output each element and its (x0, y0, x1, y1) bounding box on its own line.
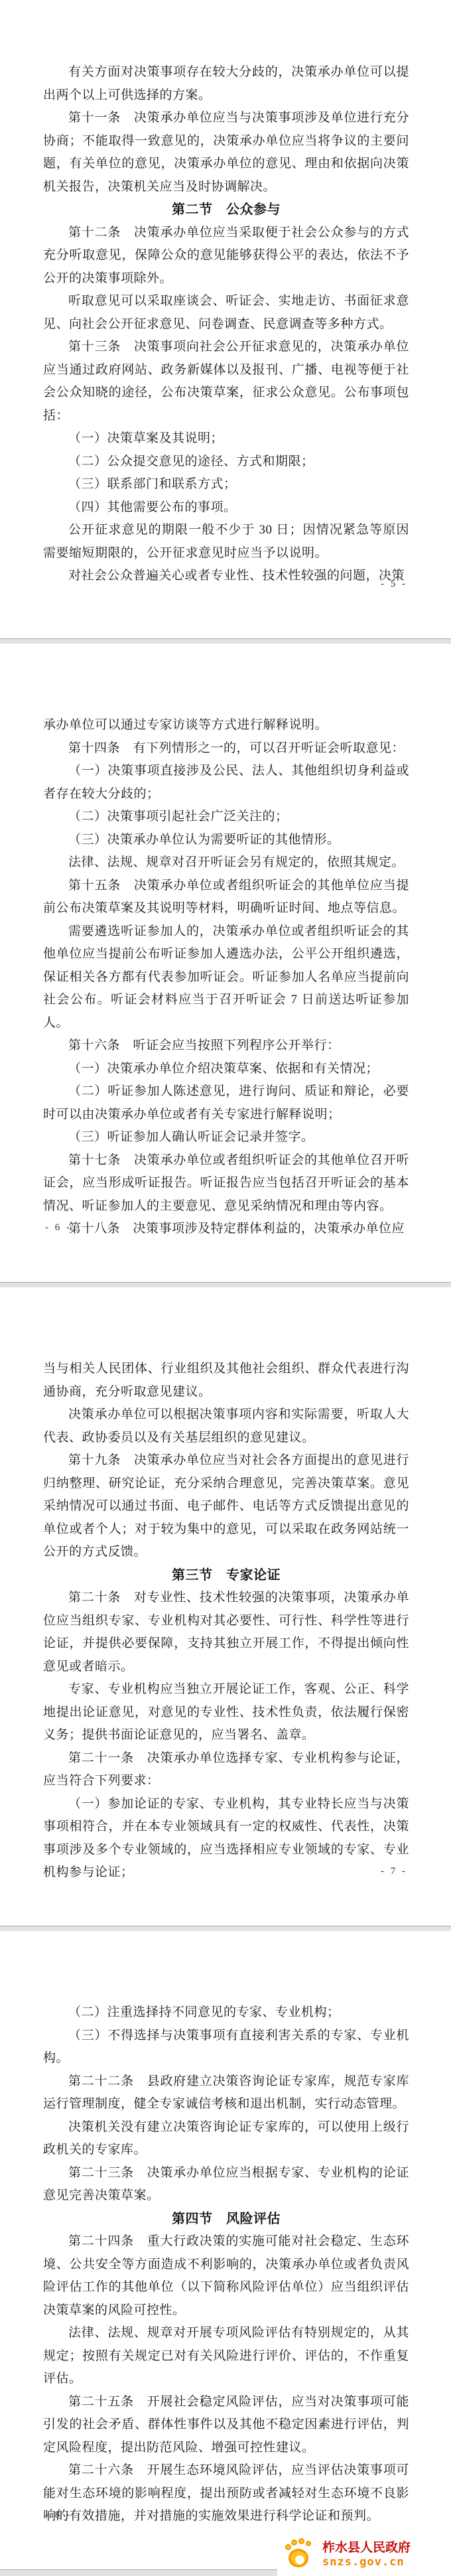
page-separator (0, 1926, 451, 1931)
paragraph: （三）决策承办单位认为需要听证的其他情形。 (43, 829, 409, 852)
paragraph: 决策承办单位可以根据决策事项内容和实际需要，听取人大代表、政协委员以及有关基层组… (43, 1403, 409, 1449)
paragraph: 第二十二条 县政府建立决策咨询论证专家库，规范专家库运行管理制度，健全专家诚信考… (43, 2070, 409, 2116)
paragraph: 第二十六条 开展生态环境风险评估，应当评估决策事项可能对生态环境的影响程度，提出… (43, 2459, 409, 2528)
paragraph: 第十一条 决策承办单位应当与决策事项涉及单位进行充分协商；不能取得一致意见的，决… (43, 107, 409, 198)
watermark-site-url: snzs.gov.cn (322, 2555, 411, 2569)
paragraph: 决策机关没有建立决策咨询论证专家库的，可以使用上级行政机关的专家库。 (43, 2116, 409, 2162)
paragraph: 对社会公众普遍关心或者专业性、技术性较强的问题，决策 (43, 565, 409, 588)
paragraph: 第十八条 决策事项涉及特定群体利益的，决策承办单位应 (43, 1218, 409, 1241)
paragraph: 法律、法规、规章对召开听证会另有规定的，依照其规定。 (43, 851, 409, 875)
paragraph: 第十六条 听证会应当按照下列程序公开举行： (43, 1035, 409, 1058)
paragraph: 第二十三条 决策承办单位应当根据专家、专业机构的论证意见完善决策草案。 (43, 2162, 409, 2208)
paragraph: 法律、法规、规章对开展专项风险评估有特别规定的，从其规定；按照有关规定已对有关风… (43, 2322, 409, 2391)
watermark-site-name: 柞水县人民政府 (322, 2540, 411, 2556)
watermark-text: 柞水县人民政府 snzs.gov.cn (322, 2540, 411, 2570)
paragraph: 承办单位可以通过专家访谈等方式进行解释说明。 (43, 714, 409, 737)
document-viewer[interactable]: 有关方面对决策事项存在较大分歧的，决策承办单位可以提出两个以上可供选择的方案。第… (0, 0, 451, 2576)
paragraph: （二）注重选择持不同意见的专家、专业机构； (43, 2001, 409, 2025)
paragraph: 当与相关人民团体、行业组织及其他社会组织、群众代表进行沟通协商，充分听取意见建议… (43, 1358, 409, 1403)
page-number: - 7 - (381, 1866, 407, 1877)
page-8: （二）注重选择持不同意见的专家、专业机构；（三）不得选择与决策事项有直接利害关系… (0, 1931, 451, 2569)
paragraph: 第十五条 决策承办单位或者组织听证会的其他单位应当提前公布决策草案及其说明等材料… (43, 875, 409, 920)
paragraph: 第二十一条 决策承办单位选择专家、专业机构参与论证，应当符合下列要求： (43, 1747, 409, 1793)
page-7: 当与相关人民团体、行业组织及其他社会组织、群众代表进行沟通协商，充分听取意见建议… (0, 1287, 451, 1926)
paragraph: （二）决策事项引起社会广泛关注的； (43, 806, 409, 829)
page-separator (0, 1282, 451, 1287)
page-number: - 6 - (45, 1222, 72, 1234)
paragraph: （一）决策承办单位介绍决策草案、依据和有关情况； (43, 1058, 409, 1081)
paragraph: 有关方面对决策事项存在较大分歧的，决策承办单位可以提出两个以上可供选择的方案。 (43, 61, 409, 107)
paragraph: 第二十五条 开展社会稳定风险评估，应当对决策事项可能引发的社会矛盾、群体性事件以… (43, 2391, 409, 2460)
paragraph: （一）参加论证的专家、专业机构，其专业特长应当与决策事项相符合，并在本专业领域具… (43, 1793, 409, 1885)
paragraph: 第二十条 对专业性、技术性较强的决策事项，决策承办单位应当组织专家、专业机构对其… (43, 1587, 409, 1678)
paragraph: 听取意见可以采取座谈会、听证会、实地走访、书面征求意见、向社会公开征求意见、问卷… (43, 290, 409, 336)
paragraph: （一）决策事项直接涉及公民、法人、其他组织切身利益或者存在较大分歧的； (43, 760, 409, 806)
paragraph: （四）其他需要公布的事项。 (43, 496, 409, 520)
paragraph: （二）公众提交意见的途径、方式和期限； (43, 451, 409, 474)
paragraph: （三）联系部门和联系方式； (43, 473, 409, 496)
section-heading: 第三节 专家论证 (43, 1564, 409, 1587)
section-heading: 第二节 公众参与 (43, 198, 409, 222)
paragraph: 公开征求意见的期限一般不少于 30 日；因情况紧急等原因需要缩短期限的，公开征求… (43, 519, 409, 565)
page-number: - 5 - (381, 579, 407, 590)
paragraph: （三）不得选择与决策事项有直接利害关系的专家、专业机构。 (43, 2025, 409, 2070)
paragraph: （三）听证参加人确认听证会记录并签字。 (43, 1126, 409, 1149)
paw-icon (285, 2538, 316, 2571)
site-watermark[interactable]: 柞水县人民政府 snzs.gov.cn (277, 2534, 451, 2576)
paragraph: 需要遴选听证参加人的，决策承办单位或者组织听证会的其他单位应当提前公布听证参加人… (43, 920, 409, 1035)
page-separator (0, 638, 451, 644)
page-5: 有关方面对决策事项存在较大分歧的，决策承办单位可以提出两个以上可供选择的方案。第… (0, 0, 451, 638)
page-6: 承办单位可以通过专家访谈等方式进行解释说明。第十四条 有下列情形之一的，可以召开… (0, 644, 451, 1282)
paragraph: 专家、专业机构应当独立开展论证工作，客观、公正、科学地提出论证意见，对意见的专业… (43, 1678, 409, 1747)
paragraph: 第十四条 有下列情形之一的，可以召开听证会听取意见： (43, 737, 409, 760)
paragraph: 第二十四条 重大行政决策的实施可能对社会稳定、生态环境、公共安全等方面造成不利影… (43, 2230, 409, 2322)
section-heading: 第四节 风险评估 (43, 2208, 409, 2231)
page-number: - 8 - (45, 2510, 72, 2521)
paragraph: （一）决策草案及其说明； (43, 427, 409, 451)
paragraph: 第十九条 决策承办单位应当对社会各方面提出的意见进行归纳整理、研究论证，充分采纳… (43, 1449, 409, 1564)
paragraph: 第十二条 决策承办单位应当采取便于社会公众参与的方式充分听取意见，保障公众的意见… (43, 222, 409, 291)
paragraph: （二）听证参加人陈述意见，进行询问、质证和辩论，必要时可以由决策承办单位或者有关… (43, 1080, 409, 1126)
pages-container: 有关方面对决策事项存在较大分歧的，决策承办单位可以提出两个以上可供选择的方案。第… (0, 0, 451, 2569)
paragraph: 第十三条 决策事项向社会公开征求意见的，决策承办单位应当通过政府网站、政务新媒体… (43, 336, 409, 427)
paragraph: 第十七条 决策承办单位或者组织听证会的其他单位召开听证会，应当形成听证报告。听证… (43, 1149, 409, 1218)
